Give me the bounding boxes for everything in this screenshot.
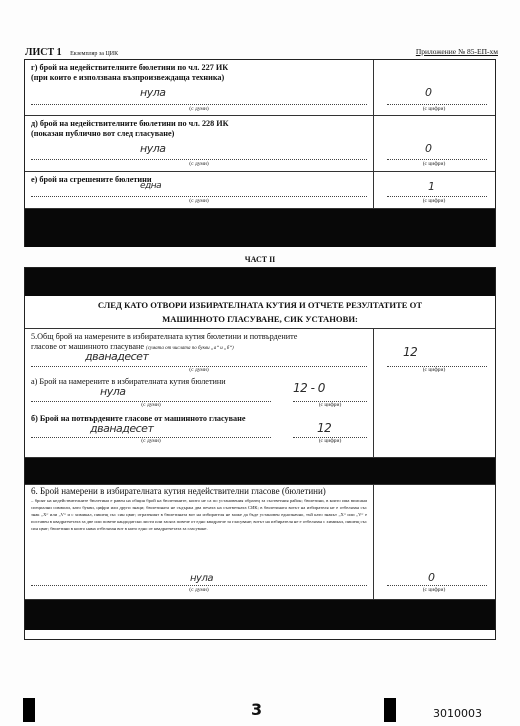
row-q5: 5.Общ брой на намерените в избирателната…: [25, 329, 495, 458]
redaction-bar: [25, 209, 495, 247]
row-g-question-cell: г) брой на недействителните бюлетини по …: [25, 60, 374, 115]
row-q5-digits-cell: 12 (с цифри): [373, 329, 495, 457]
q6-words-caption: (с думи): [25, 587, 373, 593]
row-g-question: г) брой на недействителните бюлетини по …: [25, 60, 373, 82]
row-q6: 6. Брой намерени в избирателната кутия н…: [25, 485, 495, 600]
q5-words-value[interactable]: дванадесет: [85, 350, 148, 363]
row-g-words-caption: (с думи): [25, 106, 373, 112]
row-d-words-line: [31, 159, 367, 160]
row-d-question-cell: д) брой на недействителните бюлетини по …: [25, 116, 374, 171]
q6-heading: 6. Брой намерени в избирателната кутия н…: [25, 485, 373, 497]
document-code: 3010003: [433, 707, 482, 720]
banner-line2: МАШИННОТО ГЛАСУВАНЕ, СИК УСТАНОВИ:: [25, 312, 495, 326]
row-e-question-cell: е) брой на сгрешените бюлетини една (с д…: [25, 172, 374, 208]
row-a-digits-caption: (с цифри): [293, 402, 367, 408]
q6-body: – броят на недействителните бюлетини е р…: [25, 497, 373, 532]
registration-mark-right: [384, 698, 396, 722]
q6-digits-caption: (с цифри): [373, 587, 495, 593]
row-d-digits-line: [387, 159, 487, 160]
row-q6-digits-cell: 0 (с цифри): [373, 485, 495, 599]
part2-banner: СЛЕД КАТО ОТВОРИ ИЗБИРАТЕЛНАТА КУТИЯ И О…: [25, 296, 495, 329]
row-e-words-caption: (с думи): [25, 198, 373, 204]
row-a-correction: 12 - 0: [293, 381, 325, 395]
row-d-question-line1: д) брой на недействителните бюлетини по …: [31, 119, 367, 129]
row-g-digits-value[interactable]: 0: [425, 86, 432, 99]
q5-line1: 5.Общ брой на намерените в избирателната…: [31, 332, 367, 342]
copy-label: Екземпляр за ЦИК: [70, 51, 118, 57]
row-d-digits-caption: (с цифри): [373, 161, 495, 167]
row-g-digits-line: [387, 104, 487, 105]
row-e-digits-line: [387, 196, 487, 197]
row-e-question: е) брой на сгрешените бюлетини: [25, 172, 373, 185]
row-e-words-value[interactable]: една: [140, 181, 161, 191]
page-number: 3: [251, 700, 262, 719]
row-g-question-line1: г) брой на недействителните бюлетини по …: [31, 63, 367, 73]
row-d-words-value[interactable]: нула: [140, 142, 165, 155]
row-b-words-caption: (с думи): [31, 438, 271, 444]
row-g-digits-cell: 0 (с цифри): [373, 60, 495, 115]
row-d-question: д) брой на недействителните бюлетини по …: [25, 116, 373, 138]
part2-table: СЛЕД КАТО ОТВОРИ ИЗБИРАТЕЛНАТА КУТИЯ И О…: [24, 267, 496, 640]
row-a-question: а) Брой на намерените в избирателната ку…: [25, 374, 232, 387]
row-d-digits-value[interactable]: 0: [425, 142, 432, 155]
row-a-words-value[interactable]: нула: [100, 385, 125, 398]
row-g-words-line: [31, 104, 367, 105]
banner-line1: СЛЕД КАТО ОТВОРИ ИЗБИРАТЕЛНАТА КУТИЯ И О…: [25, 298, 495, 312]
q5-line2: гласове от машинното гласуване (сумата о…: [31, 342, 367, 354]
row-b-digits-caption: (с цифри): [293, 438, 367, 444]
row-e-digits-cell: 1 (с цифри): [373, 172, 495, 208]
redaction-bar: [25, 268, 495, 296]
row-q5-question-cell: 5.Общ брой на намерените в избирателната…: [25, 329, 374, 457]
row-d-words-caption: (с думи): [25, 161, 373, 167]
q6-words-value[interactable]: нула: [190, 573, 213, 584]
row-b-digits-value[interactable]: 12: [317, 421, 331, 435]
row-e-question-line1: е) брой на сгрешените бюлетини: [31, 175, 367, 185]
redaction-bar: [25, 458, 495, 485]
row-g: г) брой на недействителните бюлетини по …: [25, 60, 495, 116]
row-g-digits-caption: (с цифри): [373, 106, 495, 112]
q6-digits-line: [387, 585, 487, 586]
appendix-label: Приложение № 85-ЕП-хм: [416, 47, 498, 56]
row-d-digits-cell: 0 (с цифри): [373, 116, 495, 171]
row-e: е) брой на сгрешените бюлетини една (с д…: [25, 172, 495, 209]
row-a-words-caption: (с думи): [31, 402, 271, 408]
row-d-question-line2: (показан публично вот след гласуване): [31, 129, 367, 139]
part2-title: ЧАСТ II: [0, 255, 520, 264]
sheet-label: ЛИСТ 1 Екземпляр за ЦИК: [25, 47, 118, 58]
q6-digits-value[interactable]: 0: [428, 571, 435, 584]
sheet-number: ЛИСТ 1: [25, 47, 62, 58]
q5-words-caption: (с думи): [25, 367, 373, 373]
row-e-digits-caption: (с цифри): [373, 198, 495, 204]
registration-mark-left: [23, 698, 35, 722]
part1-table: г) брой на недействителните бюлетини по …: [24, 59, 496, 247]
redaction-bar: [25, 600, 495, 630]
row-e-words-line: [31, 196, 367, 197]
q6-words-line: [31, 585, 367, 586]
row-b-words-value[interactable]: дванадесет: [90, 422, 153, 435]
row-e-digits-value[interactable]: 1: [428, 180, 435, 193]
q5-digits-caption: (с цифри): [373, 367, 495, 373]
q5-digits-value[interactable]: 12: [403, 345, 417, 359]
row-q5-question: 5.Общ брой на намерените в избирателната…: [25, 329, 373, 353]
row-g-question-line2: (при които е използвана възпроизвеждаща …: [31, 73, 367, 83]
row-d: д) брой на недействителните бюлетини по …: [25, 116, 495, 172]
row-g-words-value[interactable]: нула: [140, 86, 165, 99]
q5-note: (сумата от числата по букви „а“ и „б“): [146, 346, 234, 351]
row-q6-question-cell: 6. Брой намерени в избирателната кутия н…: [25, 485, 374, 599]
